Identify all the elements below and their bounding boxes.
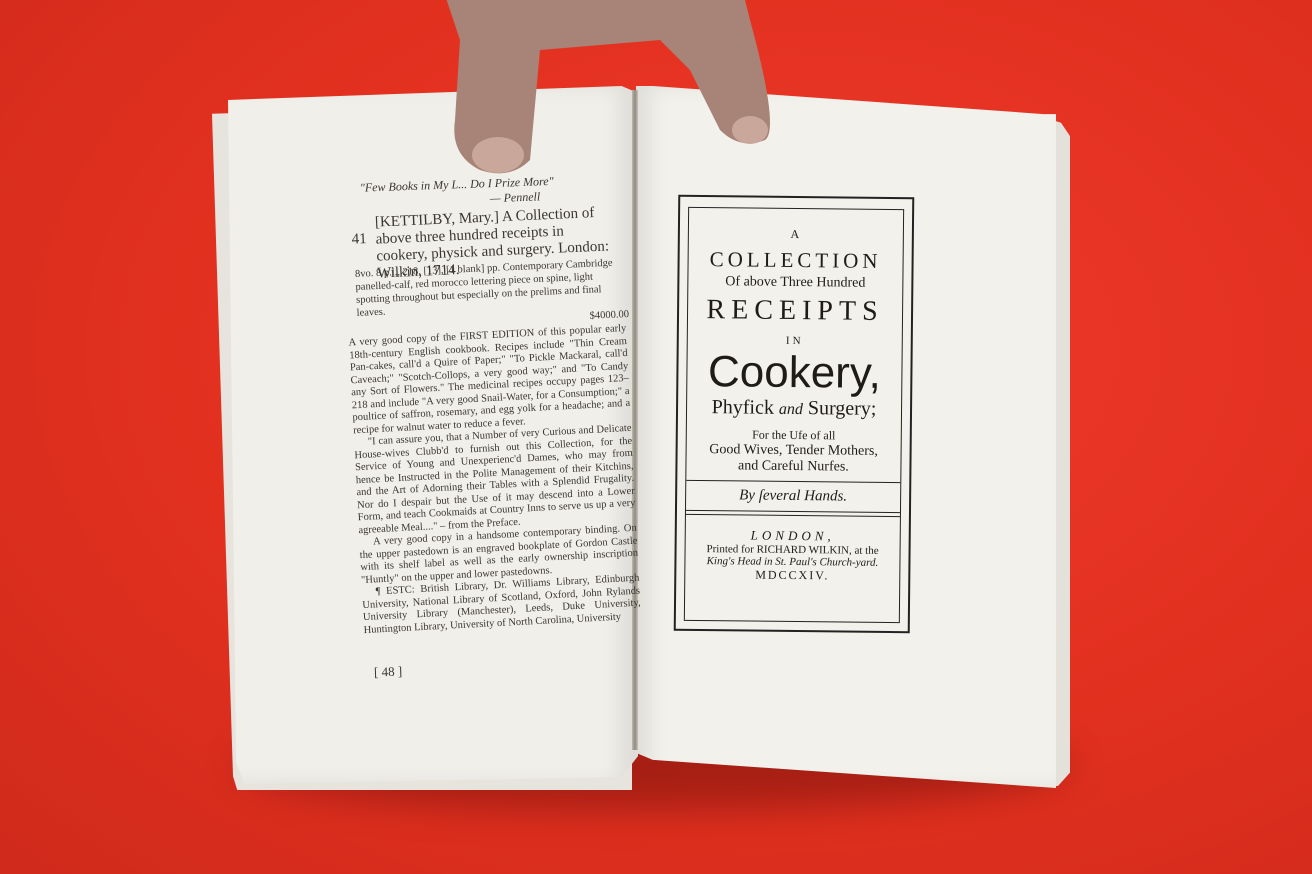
- title-physick: Phyfick: [712, 396, 774, 419]
- title-collection: COLLECTION: [688, 247, 902, 274]
- title-surgery: Surgery;: [808, 397, 877, 420]
- rule: [686, 514, 900, 517]
- title-nurses: and Careful Nurfes.: [686, 458, 900, 476]
- title-in: IN: [688, 334, 902, 348]
- title-by-hands: By ſeveral Hands.: [686, 487, 900, 506]
- title-wives: Good Wives, Tender Mothers,: [687, 442, 901, 460]
- hand-holding-book: [420, 0, 790, 190]
- imprint-year: MDCCXIV.: [685, 567, 899, 584]
- paragraph: "I can assure you, that a Number of very…: [354, 423, 637, 537]
- paragraph: A very good copy of the FIRST EDITION of…: [348, 323, 631, 437]
- rule: [686, 480, 900, 483]
- imprint-address: King's Head in St. Paul's Church-yard.: [685, 555, 899, 569]
- title-cookery: Cookery,: [687, 350, 901, 396]
- title-receipts: RECEIPTS: [688, 294, 902, 328]
- title-a: A: [689, 226, 903, 243]
- rule: [686, 510, 900, 513]
- entry-description: A very good copy of the FIRST EDITION of…: [348, 323, 641, 637]
- title-page-facsimile: A COLLECTION Of above Three Hundred RECE…: [674, 195, 915, 633]
- collation: 8vo. 8 p.l., 218, [13], [1 blank] pp. Co…: [355, 256, 630, 333]
- entry-number: 41: [351, 231, 367, 249]
- page-number: [ 48 ]: [374, 664, 403, 681]
- title-and: and: [779, 401, 803, 418]
- title-physick-surgery: Phyfick and Surgery;: [687, 396, 901, 421]
- title-above: Of above Three Hundred: [688, 274, 902, 292]
